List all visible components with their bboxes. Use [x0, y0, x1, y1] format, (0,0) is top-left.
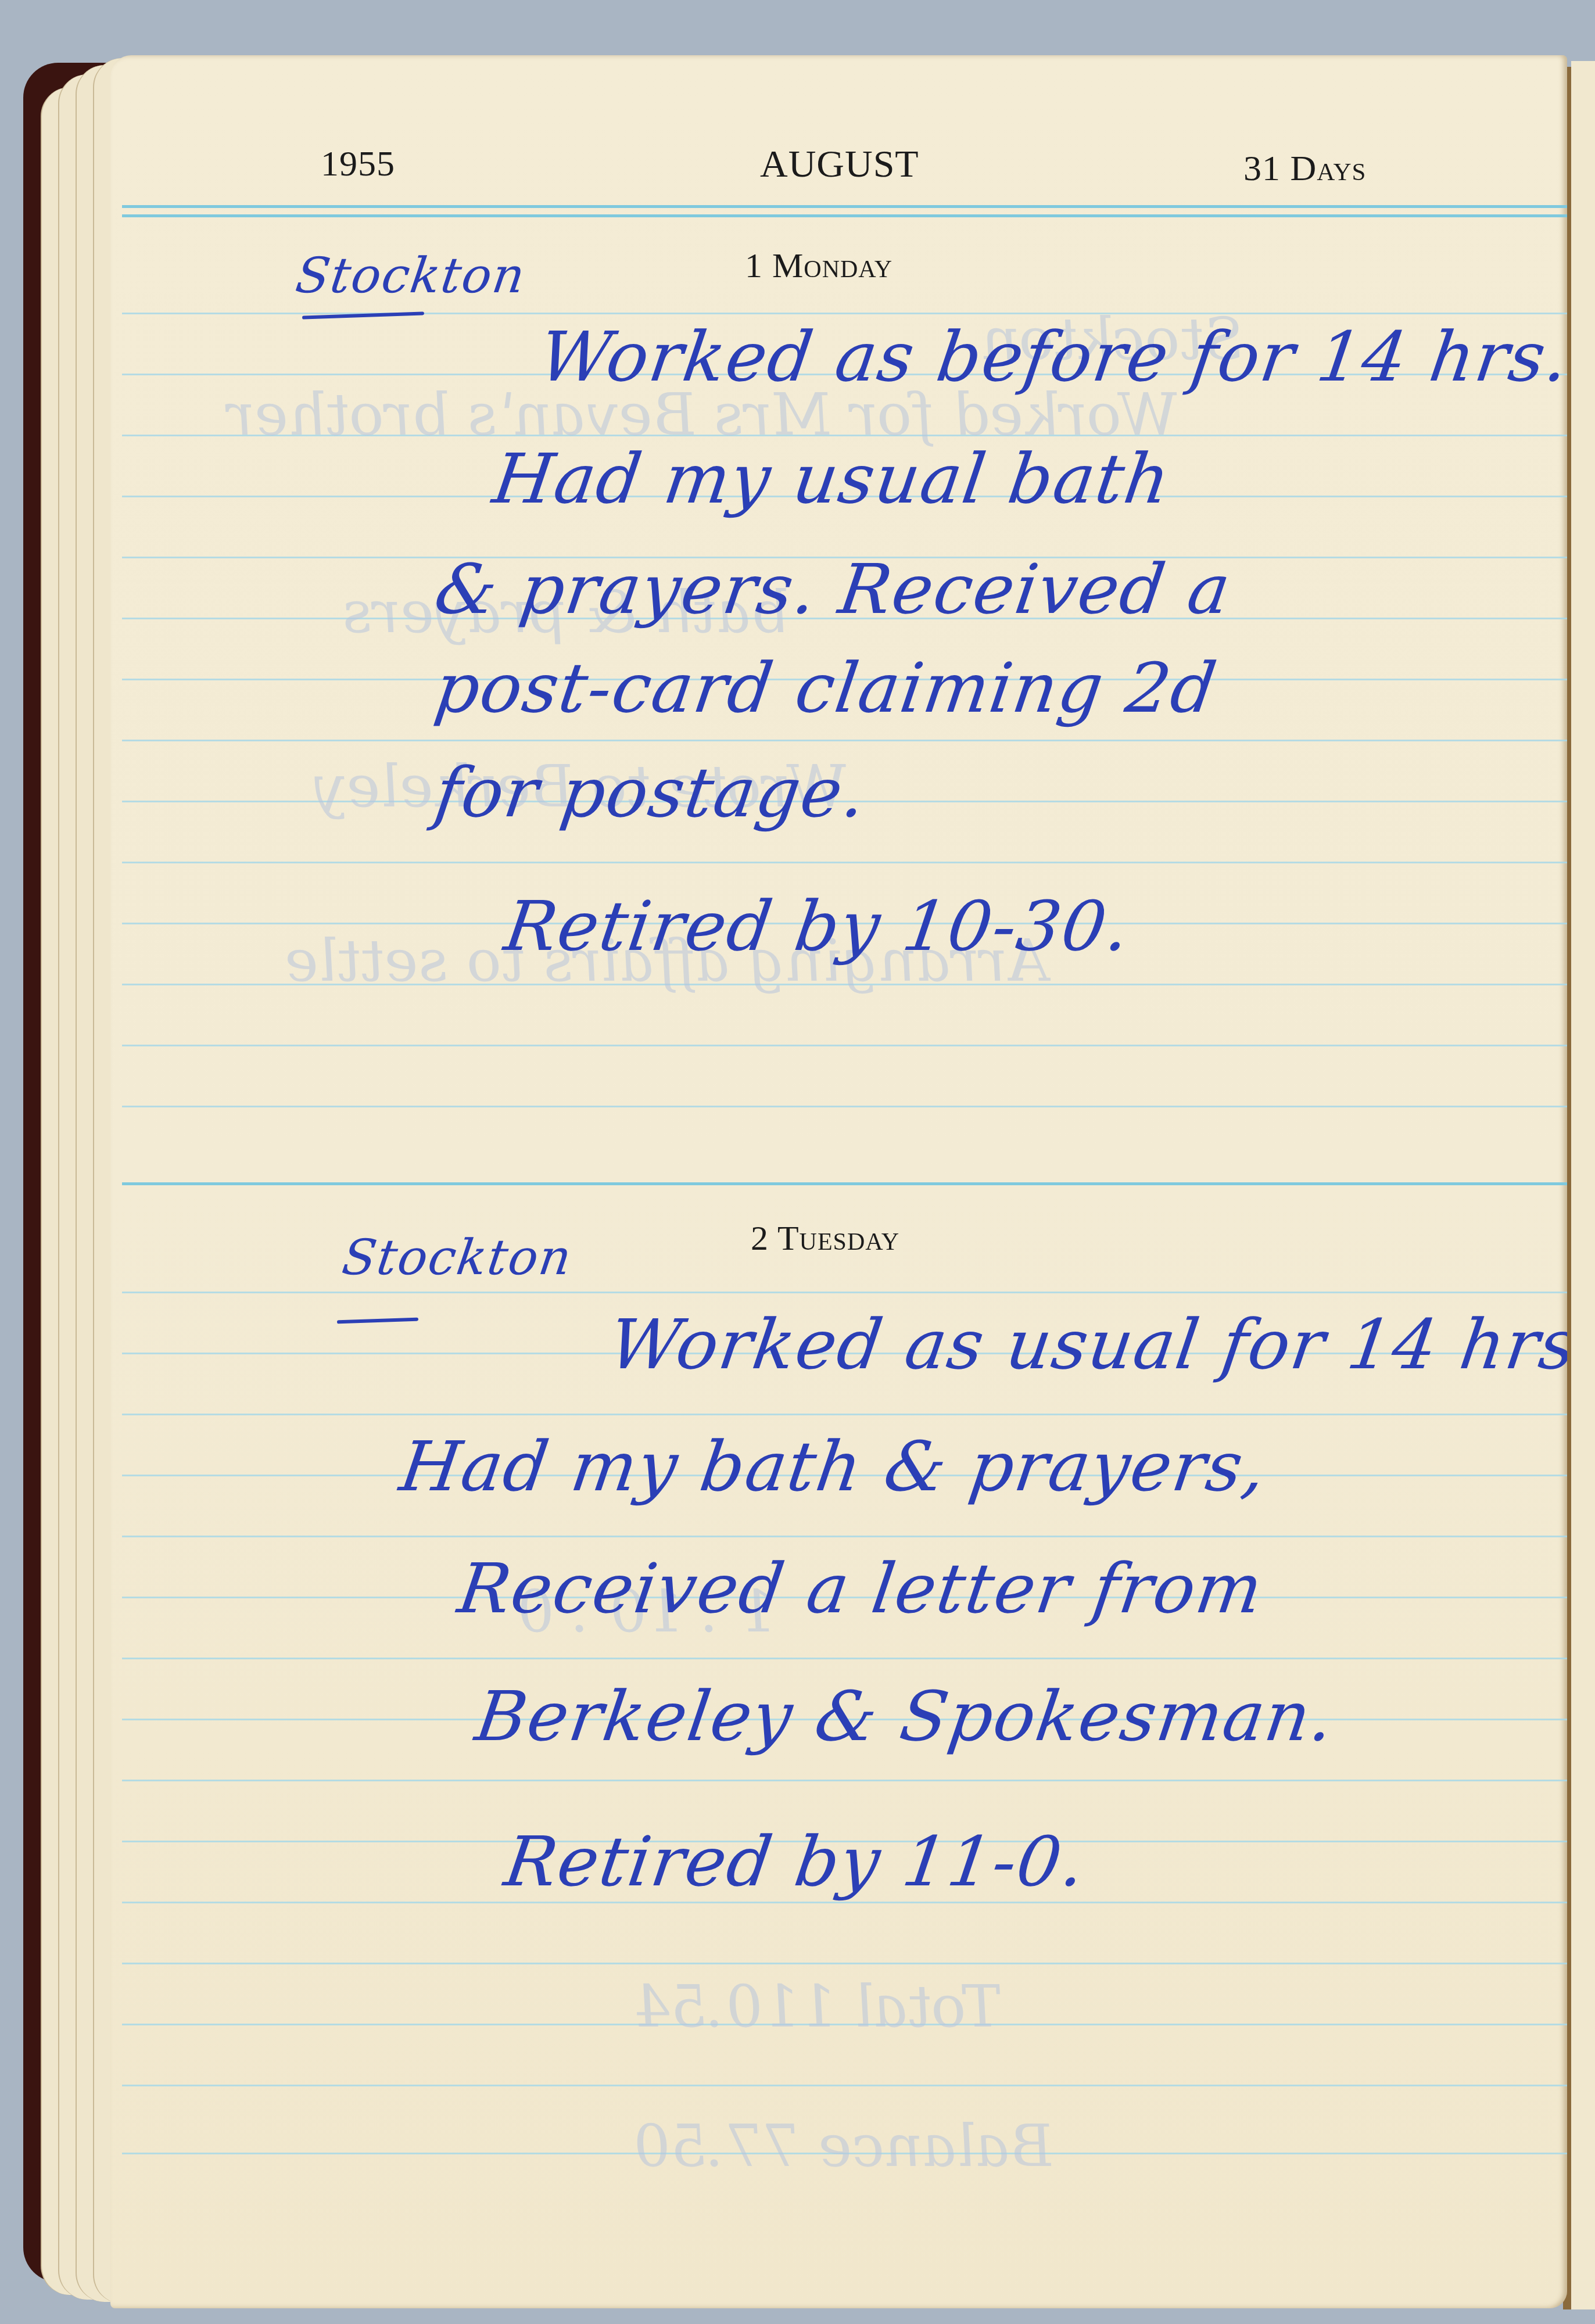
entry-line: Retired by 10-30.	[500, 886, 1135, 966]
day-heading: 2 Tuesday	[751, 1218, 899, 1258]
entry-line: & prayers. Received a	[430, 549, 1236, 629]
location-note: Stockton	[339, 1229, 576, 1286]
day-divider	[122, 1182, 1567, 1185]
entry-line: post-card claiming 2d	[430, 648, 1222, 728]
entry-line: Berkeley & Spokesman.	[471, 1676, 1339, 1756]
entry-line: Worked as usual for 14 hrs.	[604, 1304, 1567, 1385]
facing-page-edge	[1571, 61, 1595, 2309]
year-label: 1955	[321, 144, 395, 185]
location-note: Stockton	[292, 247, 529, 304]
entry-line: Had my usual bath	[488, 439, 1175, 519]
entry-line: Received a letter from	[453, 1548, 1268, 1629]
diary-page: Stockton Worked for Mrs Bevan's brother …	[110, 55, 1567, 2308]
location-underline	[337, 1318, 418, 1324]
month-label: AUGUST	[760, 142, 919, 187]
days-in-month-label: 31 Days	[1243, 148, 1366, 189]
day-heading: 1 Monday	[745, 246, 893, 286]
entry-line: Worked as before for 14 hrs.	[535, 317, 1567, 397]
header-rule-bottom	[122, 214, 1567, 217]
entry-line: Had my bath & prayers,	[395, 1426, 1271, 1507]
header-rule-top	[122, 205, 1567, 208]
entry-line: for postage.	[430, 752, 872, 833]
entry-line: Retired by 11-0.	[500, 1821, 1091, 1902]
